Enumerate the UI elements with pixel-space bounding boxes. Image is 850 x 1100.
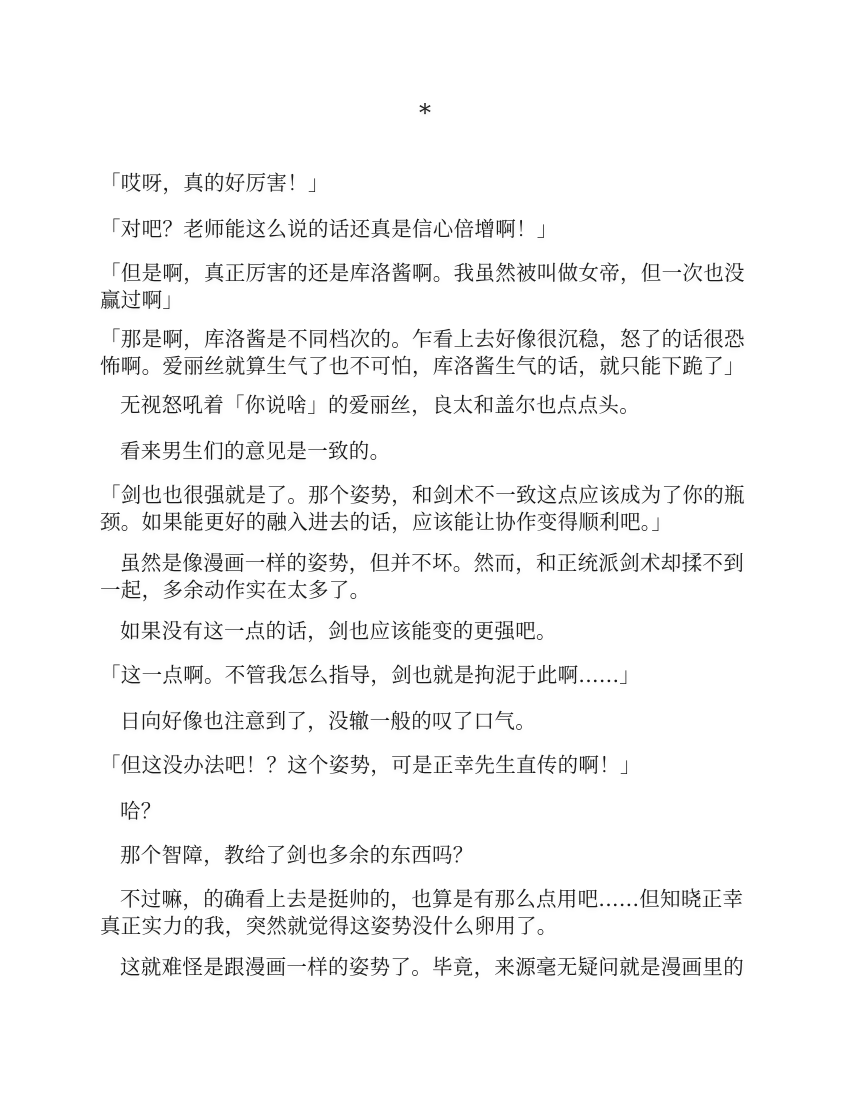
text-line: 「对吧？老师能这么说的话还真是信心倍增啊！」 xyxy=(100,216,760,243)
paragraph-10: 「这一点啊。不管我怎么指导，剑也就是拘泥于此啊......」 xyxy=(100,662,760,689)
paragraph-15: 不过嘛，的确看上去是挺帅的，也算是有那么点用吧......但知晓正幸 真正实力的… xyxy=(100,886,760,940)
text-line: 「哎呀，真的好厉害！」 xyxy=(100,170,760,197)
text-line: 「剑也也很强就是了。那个姿势，和剑术不一致这点应该成为了你的瓶 xyxy=(100,482,760,509)
text-line: 「这一点啊。不管我怎么指导，剑也就是拘泥于此啊......」 xyxy=(100,662,760,689)
text-line: 日向好像也注意到了，没辙一般的叹了口气。 xyxy=(100,708,760,735)
paragraph-6: 看来男生们的意见是一致的。 xyxy=(100,438,760,465)
paragraph-5: 无视怒吼着「你说啥」的爱丽丝，良太和盖尔也点点头。 xyxy=(100,392,760,419)
text-line: 如果没有这一点的话，剑也应该能变的更强吧。 xyxy=(100,618,760,645)
text-line: 怖啊。爱丽丝就算生气了也不可怕，库洛酱生气的话，就只能下跪了」 xyxy=(100,353,760,380)
paragraph-7: 「剑也也很强就是了。那个姿势，和剑术不一致这点应该成为了你的瓶 颈。如果能更好的… xyxy=(100,482,760,536)
text-line: 那个智障，教给了剑也多余的东西吗？ xyxy=(100,842,760,869)
text-line: 「但是啊，真正厉害的还是库洛酱啊。我虽然被叫做女帝，但一次也没 xyxy=(100,260,760,287)
paragraph-9: 如果没有这一点的话，剑也应该能变的更强吧。 xyxy=(100,618,760,645)
text-line: 赢过啊」 xyxy=(100,287,760,314)
paragraph-13: 哈？ xyxy=(100,798,760,825)
paragraph-16: 这就难怪是跟漫画一样的姿势了。毕竟，来源毫无疑问就是漫画里的 xyxy=(100,954,760,981)
paragraph-8: 虽然是像漫画一样的姿势，但并不坏。然而，和正统派剑术却揉不到 一起，多余动作实在… xyxy=(100,550,760,604)
paragraph-12: 「但这没办法吧！？这个姿势，可是正幸先生直传的啊！」 xyxy=(100,752,760,779)
paragraph-14: 那个智障，教给了剑也多余的东西吗？ xyxy=(100,842,760,869)
text-line: 颈。如果能更好的融入进去的话，应该能让协作变得顺利吧。」 xyxy=(100,509,760,536)
text-line: 不过嘛，的确看上去是挺帅的，也算是有那么点用吧......但知晓正幸 xyxy=(100,886,760,913)
paragraph-4: 「那是啊，库洛酱是不同档次的。乍看上去好像很沉稳，怒了的话很恐 怖啊。爱丽丝就算… xyxy=(100,326,760,380)
text-line: 哈？ xyxy=(100,798,760,825)
text-line: 看来男生们的意见是一致的。 xyxy=(100,438,760,465)
text-line: 「那是啊，库洛酱是不同档次的。乍看上去好像很沉稳，怒了的话很恐 xyxy=(100,326,760,353)
text-line: 「但这没办法吧！？这个姿势，可是正幸先生直传的啊！」 xyxy=(100,752,760,779)
paragraph-11: 日向好像也注意到了，没辙一般的叹了口气。 xyxy=(100,708,760,735)
paragraph-3: 「但是啊，真正厉害的还是库洛酱啊。我虽然被叫做女帝，但一次也没 赢过啊」 xyxy=(100,260,760,314)
text-line: 虽然是像漫画一样的姿势，但并不坏。然而，和正统派剑术却揉不到 xyxy=(100,550,760,577)
text-line: 这就难怪是跟漫画一样的姿势了。毕竟，来源毫无疑问就是漫画里的 xyxy=(100,954,760,981)
text-line: 一起，多余动作实在太多了。 xyxy=(100,577,760,604)
paragraph-1: 「哎呀，真的好厉害！」 xyxy=(100,170,760,197)
text-line: 真正实力的我，突然就觉得这姿势没什么卵用了。 xyxy=(100,913,760,940)
paragraph-2: 「对吧？老师能这么说的话还真是信心倍增啊！」 xyxy=(100,216,760,243)
text-line: 无视怒吼着「你说啥」的爱丽丝，良太和盖尔也点点头。 xyxy=(100,392,760,419)
section-divider: * xyxy=(100,100,750,127)
